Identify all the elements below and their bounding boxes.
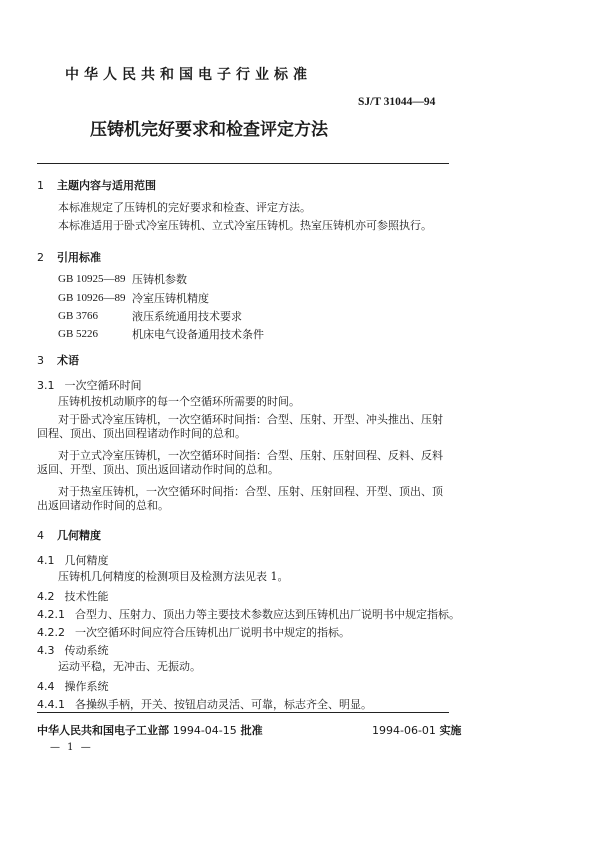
subsection-title: 各操纵手柄，开关、按钮启动灵活、可靠，标志齐全、明显。 (75, 698, 372, 711)
subsection-title: 传动系统 (65, 644, 109, 657)
paragraph: 对于热室压铸机，一次空循环时间指：合型、压射、压射回程、开型、顶出、顶出返回诸动… (37, 485, 447, 513)
section-number: 4 (37, 529, 57, 542)
subsection-title: 技术性能 (65, 590, 109, 603)
paragraph: 压铸机按机动顺序的每一个空循环所需要的时间。 (58, 395, 300, 409)
document-title: 压铸机完好要求和检查评定方法 (90, 115, 328, 140)
standard-code: SJ/T 31044—94 (358, 96, 435, 108)
subsection-number: 3.1 (37, 379, 55, 392)
section-3-heading: 3术语 (37, 352, 79, 368)
effective-label: 实施 (439, 724, 461, 737)
footer-divider (37, 712, 449, 713)
section-title: 术语 (57, 354, 79, 367)
subsection-4-2-1: 4.2.1合型力、压射力、顶出力等主要技术参数应达到压铸机出厂说明书中规定指标。 (37, 606, 460, 622)
subsection-number: 4.4.1 (37, 698, 65, 711)
subsection-4-4: 4.4操作系统 (37, 678, 109, 694)
header-divider (37, 163, 449, 164)
paragraph: 本标准规定了压铸机的完好要求和检查、评定方法。 (58, 201, 311, 215)
subsection-4-1: 4.1几何精度 (37, 552, 109, 568)
subsection-4-4-1: 4.4.1各操纵手柄，开关、按钮启动灵活、可靠，标志齐全、明显。 (37, 696, 372, 712)
section-number: 1 (37, 179, 57, 192)
reference-code: GB 5226 (58, 328, 98, 340)
reference-name: 液压系统通用技术要求 (132, 310, 242, 324)
section-title: 主题内容与适用范围 (57, 179, 156, 192)
paragraph: 压铸机几何精度的检测项目及检测方法见表 1。 (58, 570, 289, 584)
section-number: 3 (37, 354, 57, 367)
footer-effective: 1994-06-01 实施 (372, 722, 461, 738)
approved-date: 1994-04-15 (173, 724, 237, 737)
subsection-number: 4.2.2 (37, 626, 65, 639)
section-2-heading: 2引用标准 (37, 249, 101, 265)
subsection-title: 一次空循环时间应符合压铸机出厂说明书中规定的指标。 (75, 626, 350, 639)
reference-code: GB 3766 (58, 310, 98, 322)
reference-name: 冷室压铸机精度 (132, 292, 209, 306)
subsection-title: 几何精度 (65, 554, 109, 567)
subsection-number: 4.2 (37, 590, 55, 603)
paragraph: 对于立式冷室压铸机，一次空循环时间指：合型、压射、压射回程、反料、反料返回、开型… (37, 449, 447, 477)
reference-name: 机床电气设备通用技术条件 (132, 328, 264, 342)
reference-name: 压铸机参数 (132, 273, 187, 287)
subsection-title: 一次空循环时间 (65, 379, 142, 392)
approved-label: 批准 (241, 724, 263, 737)
subsection-4-3: 4.3传动系统 (37, 642, 109, 658)
subsection-number: 4.4 (37, 680, 55, 693)
section-number: 2 (37, 251, 57, 264)
section-title: 几何精度 (57, 529, 101, 542)
subsection-4-2-2: 4.2.2一次空循环时间应符合压铸机出厂说明书中规定的指标。 (37, 624, 350, 640)
subsection-4-2: 4.2技术性能 (37, 588, 109, 604)
paragraph: 本标准适用于卧式冷室压铸机、立式冷室压铸机。热室压铸机亦可参照执行。 (58, 219, 432, 233)
paragraph: 对于卧式冷室压铸机，一次空循环时间指：合型、压射、开型、冲头推出、压射回程、顶出… (37, 413, 447, 441)
subsection-title: 合型力、压射力、顶出力等主要技术参数应达到压铸机出厂说明书中规定指标。 (75, 608, 460, 621)
subsection-title: 操作系统 (65, 680, 109, 693)
page-number: — 1 — (50, 742, 93, 753)
organization-title: 中华人民共和国电子行业标准 (65, 64, 312, 84)
section-4-heading: 4几何精度 (37, 527, 101, 543)
section-title: 引用标准 (57, 251, 101, 264)
effective-date: 1994-06-01 (372, 724, 436, 737)
issuer: 中华人民共和国电子工业部 (37, 724, 169, 737)
reference-code: GB 10926—89 (58, 292, 126, 304)
subsection-3-1: 3.1一次空循环时间 (37, 377, 142, 393)
reference-code: GB 10925—89 (58, 273, 126, 285)
section-1-heading: 1主题内容与适用范围 (37, 177, 156, 193)
paragraph: 运动平稳，无冲击、无振动。 (58, 660, 201, 674)
subsection-number: 4.3 (37, 644, 55, 657)
footer-approval: 中华人民共和国电子工业部 1994-04-15 批准 (37, 722, 263, 738)
subsection-number: 4.1 (37, 554, 55, 567)
subsection-number: 4.2.1 (37, 608, 65, 621)
